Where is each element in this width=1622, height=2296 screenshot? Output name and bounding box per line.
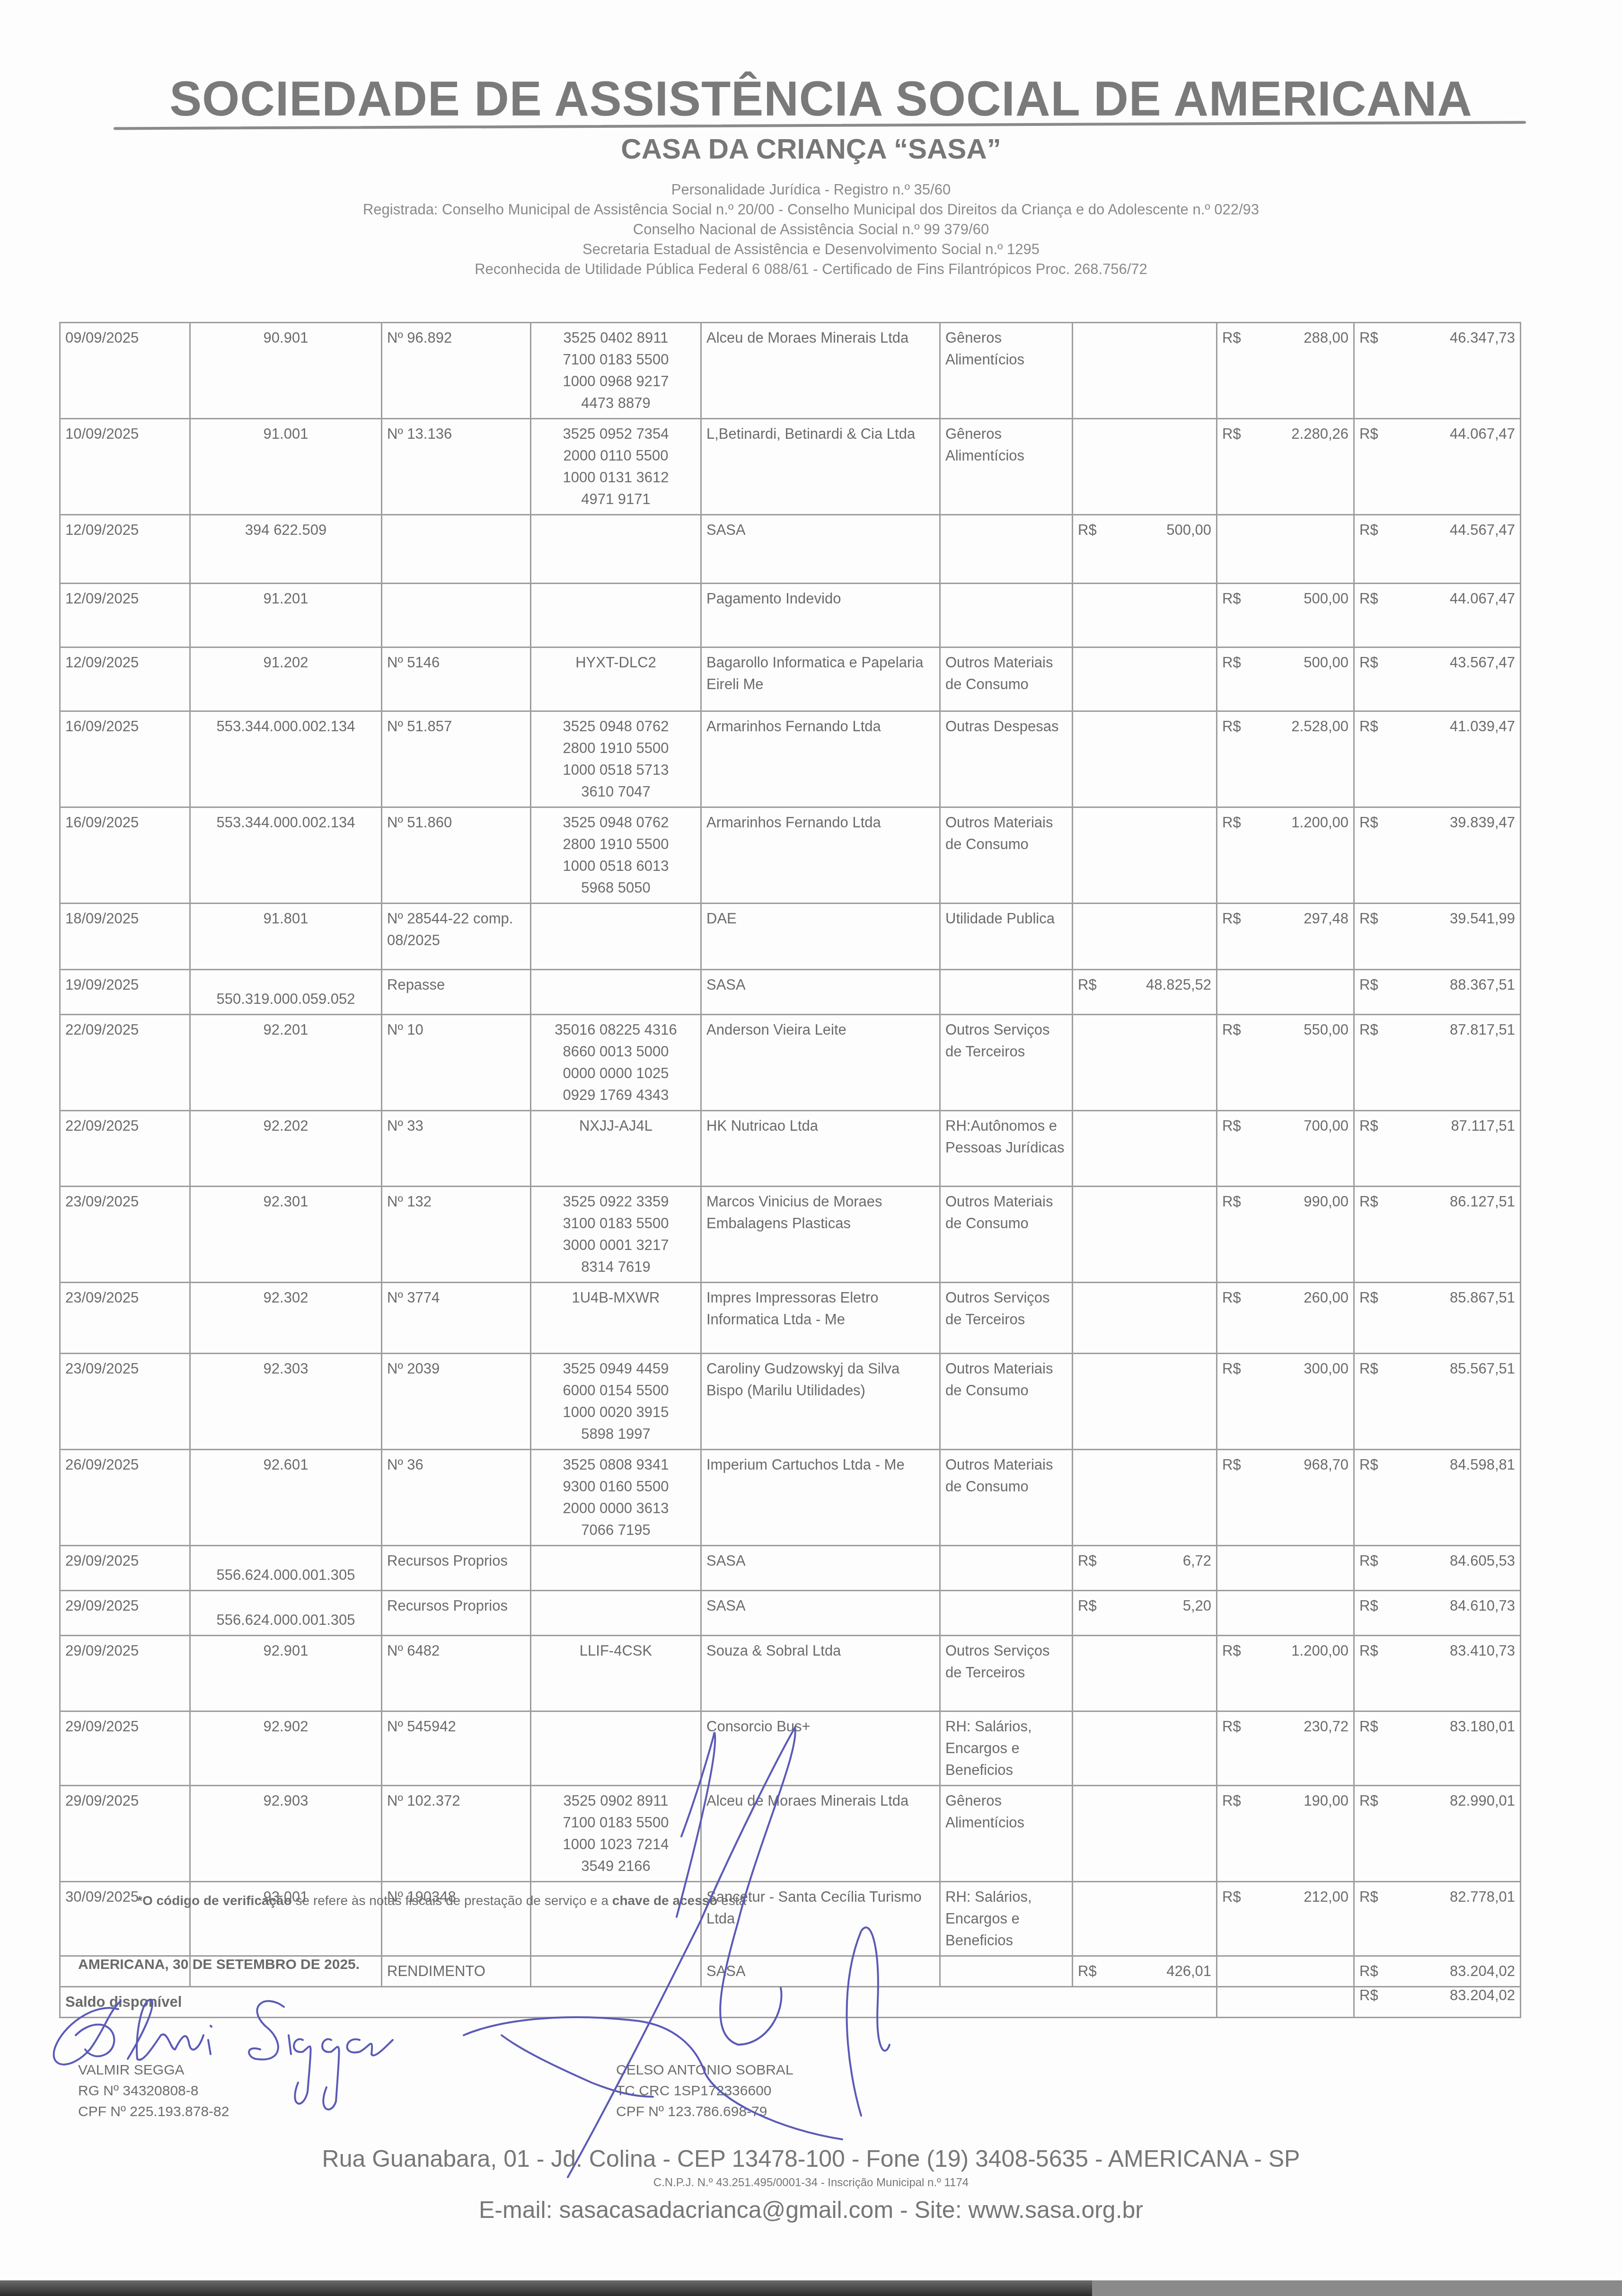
organization-subtitle: CASA DA CRIANÇA “SASA” — [0, 133, 1622, 165]
amount: 190,00 — [1304, 1790, 1349, 1812]
row-category: Gêneros Alimentícios — [940, 1786, 1073, 1882]
access-key-line: 3525 0402 8911 — [536, 327, 696, 349]
row-document-number: 92.902 — [190, 1711, 382, 1786]
row-balance: R$87.117,51 — [1354, 1111, 1521, 1187]
row-document-number: 92.301 — [190, 1187, 382, 1283]
row-date: 12/09/2025 — [60, 647, 190, 711]
currency-symbol: R$ — [1222, 327, 1241, 349]
access-key-line: 6000 0154 5500 — [536, 1380, 696, 1401]
row-balance: R$39.541,99 — [1354, 904, 1521, 970]
row-vendor: Caroliny Gudzowskyj da Silva Bispo (Mari… — [701, 1354, 940, 1450]
saldo-row: Saldo disponívelR$83.204,02 — [60, 1987, 1521, 2018]
row-invoice-number: Nº 51.857 — [382, 711, 531, 807]
amount: 230,72 — [1304, 1716, 1349, 1738]
row-category — [940, 584, 1073, 647]
row-vendor: Marcos Vinicius de Moraes Embalagens Pla… — [701, 1187, 940, 1283]
row-debit — [1217, 1546, 1354, 1591]
row-date: 22/09/2025 — [60, 1015, 190, 1111]
row-date: 23/09/2025 — [60, 1354, 190, 1450]
row-credit — [1073, 584, 1217, 647]
row-access-key: 3525 0948 07622800 1910 55001000 0518 57… — [531, 711, 701, 807]
row-document-number: 92.201 — [190, 1015, 382, 1111]
amount: 6,72 — [1183, 1550, 1211, 1572]
access-key-line: 5968 5050 — [536, 877, 696, 899]
currency-symbol: R$ — [1359, 1790, 1378, 1812]
row-vendor: DAE — [701, 904, 940, 970]
amount: 44.067,47 — [1450, 423, 1515, 445]
row-credit — [1073, 419, 1217, 515]
currency-symbol: R$ — [1222, 1287, 1241, 1309]
row-vendor: SASA — [701, 1956, 940, 1987]
row-credit: R$500,00 — [1073, 515, 1217, 584]
row-date: 12/09/2025 — [60, 515, 190, 584]
amount: 550,00 — [1304, 1019, 1349, 1041]
row-date: 29/09/2025 — [60, 1711, 190, 1786]
row-category: Outras Despesas — [940, 711, 1073, 807]
row-date: 29/09/2025 — [60, 1786, 190, 1882]
row-balance: R$83.410,73 — [1354, 1636, 1521, 1711]
row-invoice-number: Nº 33 — [382, 1111, 531, 1187]
row-invoice-number: Nº 3774 — [382, 1283, 531, 1354]
row-debit: R$550,00 — [1217, 1015, 1354, 1111]
row-document-number: 394 622.509 — [190, 515, 382, 584]
table-row: 12/09/202591.202Nº 5146HYXT-DLC2Bagaroll… — [60, 647, 1521, 711]
saldo-debit-empty — [1217, 1987, 1354, 2018]
currency-symbol: R$ — [1359, 1019, 1378, 1041]
row-access-key: 1U4B-MXWR — [531, 1283, 701, 1354]
row-document-number: 553.344.000.002.134 — [190, 711, 382, 807]
row-date: 12/09/2025 — [60, 584, 190, 647]
row-vendor: Armarinhos Fernando Ltda — [701, 807, 940, 904]
row-document-number: 556.624.000.001.305 — [190, 1591, 382, 1636]
row-date: 18/09/2025 — [60, 904, 190, 970]
row-balance: R$85.867,51 — [1354, 1283, 1521, 1354]
currency-symbol: R$ — [1222, 1191, 1241, 1213]
row-credit — [1073, 1882, 1217, 1956]
row-credit — [1073, 1636, 1217, 1711]
amount: 85.567,51 — [1450, 1358, 1515, 1380]
row-debit: R$260,00 — [1217, 1283, 1354, 1354]
row-access-key: 35016 08225 43168660 0013 50000000 0000 … — [531, 1015, 701, 1111]
currency-symbol: R$ — [1078, 1960, 1097, 1982]
access-key-line: 2800 1910 5500 — [536, 833, 696, 855]
organization-name: SOCIEDADE DE ASSISTÊNCIA SOCIAL DE AMERI… — [128, 71, 1514, 127]
amount: 297,48 — [1304, 908, 1349, 930]
access-key-line: 2000 0000 3613 — [536, 1498, 696, 1519]
footer-cnpj: C.N.P.J. N.º 43.251.495/0001-34 - Inscri… — [0, 2176, 1622, 2190]
currency-symbol: R$ — [1359, 519, 1378, 541]
row-debit: R$968,70 — [1217, 1450, 1354, 1546]
row-invoice-number: Nº 10 — [382, 1015, 531, 1111]
row-access-key — [531, 1956, 701, 1987]
currency-symbol: R$ — [1359, 1550, 1378, 1572]
access-key-line: 3525 0952 7354 — [536, 423, 696, 445]
row-invoice-number: Recursos Proprios — [382, 1591, 531, 1636]
row-access-key: 3525 0952 73542000 0110 55001000 0131 36… — [531, 419, 701, 515]
row-category — [940, 1956, 1073, 1987]
access-key-line: 3525 0902 8911 — [536, 1790, 696, 1812]
table-row: 18/09/202591.801Nº 28544-22 comp. 08/202… — [60, 904, 1521, 970]
amount: 87.117,51 — [1451, 1115, 1515, 1137]
row-balance: R$43.567,47 — [1354, 647, 1521, 711]
amount: 85.867,51 — [1450, 1287, 1515, 1309]
currency-symbol: R$ — [1078, 974, 1097, 996]
row-balance: R$46.347,73 — [1354, 323, 1521, 419]
amount: 86.127,51 — [1450, 1191, 1515, 1213]
currency-symbol: R$ — [1222, 1640, 1241, 1662]
row-category — [940, 970, 1073, 1015]
row-credit — [1073, 807, 1217, 904]
access-key-line: 2000 0110 5500 — [536, 445, 696, 467]
amount: 300,00 — [1304, 1358, 1349, 1380]
row-credit — [1073, 1711, 1217, 1786]
row-balance: R$85.567,51 — [1354, 1354, 1521, 1450]
amount: 46.347,73 — [1450, 327, 1515, 349]
signatory-2-crc: TC CRC 1SP172336600 — [616, 2081, 793, 2101]
amount: 426,01 — [1166, 1960, 1211, 1982]
currency-symbol: R$ — [1222, 423, 1241, 445]
access-key-line: 3525 0948 0762 — [536, 716, 696, 737]
footnote-bold: *O código de verificação — [137, 1893, 292, 1908]
row-vendor: Anderson Vieira Leite — [701, 1015, 940, 1111]
row-document-number: 90.901 — [190, 323, 382, 419]
row-invoice-number: Nº 2039 — [382, 1354, 531, 1450]
access-key-line: 35016 08225 4316 — [536, 1019, 696, 1041]
row-debit — [1217, 515, 1354, 584]
amount: 83.410,73 — [1450, 1640, 1515, 1662]
table-row: 12/09/202591.201Pagamento IndevidoR$500,… — [60, 584, 1521, 647]
amount: 700,00 — [1304, 1115, 1349, 1137]
row-document-number: 91.201 — [190, 584, 382, 647]
amount: 5,20 — [1183, 1595, 1211, 1617]
row-debit: R$990,00 — [1217, 1187, 1354, 1283]
row-date: 29/09/2025 — [60, 1636, 190, 1711]
row-credit: R$6,72 — [1073, 1546, 1217, 1591]
currency-symbol: R$ — [1359, 1987, 1378, 2003]
row-debit: R$297,48 — [1217, 904, 1354, 970]
row-balance: R$84.605,53 — [1354, 1546, 1521, 1591]
row-category: Gêneros Alimentícios — [940, 419, 1073, 515]
row-category — [940, 1546, 1073, 1591]
row-credit — [1073, 1187, 1217, 1283]
table-row: 22/09/202592.202Nº 33NXJJ-AJ4LHK Nutrica… — [60, 1111, 1521, 1187]
row-invoice-number — [382, 584, 531, 647]
amount: 990,00 — [1304, 1191, 1349, 1213]
currency-symbol: R$ — [1078, 1550, 1097, 1572]
registration-line: Reconhecida de Utilidade Pública Federal… — [0, 261, 1622, 278]
row-category: Gêneros Alimentícios — [940, 323, 1073, 419]
row-document-number: 92.903 — [190, 1786, 382, 1882]
row-category — [940, 515, 1073, 584]
row-category: Utilidade Publica — [940, 904, 1073, 970]
currency-symbol: R$ — [1359, 588, 1378, 610]
row-invoice-number: RENDIMENTO — [382, 1956, 531, 1987]
ledger-body: 09/09/202590.901Nº 96.8923525 0402 89117… — [60, 323, 1521, 2018]
currency-symbol: R$ — [1222, 812, 1241, 833]
access-key-line: 8314 7619 — [536, 1256, 696, 1278]
row-document-number: 556.624.000.001.305 — [190, 1546, 382, 1591]
amount: 1.200,00 — [1291, 1640, 1349, 1662]
access-key-line: 5898 1997 — [536, 1423, 696, 1445]
row-date: 19/09/2025 — [60, 970, 190, 1015]
row-invoice-number: Nº 13.136 — [382, 419, 531, 515]
row-date: 23/09/2025 — [60, 1187, 190, 1283]
access-key-line: 1000 0518 6013 — [536, 855, 696, 877]
access-key-line: HYXT-DLC2 — [536, 652, 696, 674]
row-debit: R$1.200,00 — [1217, 1636, 1354, 1711]
amount: 82.778,01 — [1450, 1886, 1515, 1908]
currency-symbol: R$ — [1222, 1115, 1241, 1137]
amount: 260,00 — [1304, 1287, 1349, 1309]
currency-symbol: R$ — [1359, 327, 1378, 349]
access-key-line: 9300 0160 5500 — [536, 1476, 696, 1498]
access-key-line: 2800 1910 5500 — [536, 737, 696, 759]
row-balance: R$84.598,81 — [1354, 1450, 1521, 1546]
row-debit: R$212,00 — [1217, 1882, 1354, 1956]
table-row: 23/09/202592.302Nº 37741U4B-MXWRImpres I… — [60, 1283, 1521, 1354]
access-key-line: 1000 0518 5713 — [536, 759, 696, 781]
access-key-line: 3525 0922 3359 — [536, 1191, 696, 1213]
currency-symbol: R$ — [1078, 519, 1097, 541]
row-credit — [1073, 904, 1217, 970]
amount: 2.280,26 — [1291, 423, 1349, 445]
row-debit: R$300,00 — [1217, 1354, 1354, 1450]
access-key-line: 1000 0968 9217 — [536, 371, 696, 392]
currency-symbol: R$ — [1359, 1716, 1378, 1738]
currency-symbol: R$ — [1359, 1960, 1378, 1982]
row-category: Outros Materiais de Consumo — [940, 1450, 1073, 1546]
row-balance: R$44.567,47 — [1354, 515, 1521, 584]
row-balance: R$82.990,01 — [1354, 1786, 1521, 1882]
amount: 44.067,47 — [1450, 588, 1515, 610]
currency-symbol: R$ — [1359, 1640, 1378, 1662]
row-invoice-number: Repasse — [382, 970, 531, 1015]
row-balance: R$87.817,51 — [1354, 1015, 1521, 1111]
currency-symbol: R$ — [1222, 1454, 1241, 1476]
row-document-number: 91.801 — [190, 904, 382, 970]
row-debit: R$2.280,26 — [1217, 419, 1354, 515]
signatory-1-rg: RG Nº 34320808-8 — [78, 2081, 229, 2101]
access-key-line: 7100 0183 5500 — [536, 349, 696, 371]
row-document-number: 553.344.000.002.134 — [190, 807, 382, 904]
row-document-number: 92.601 — [190, 1450, 382, 1546]
access-key-line: 3525 0808 9341 — [536, 1454, 696, 1476]
currency-symbol: R$ — [1222, 1716, 1241, 1738]
currency-symbol: R$ — [1222, 1019, 1241, 1041]
amount: 500,00 — [1304, 652, 1349, 674]
row-invoice-number: Nº 28544-22 comp. 08/2025 — [382, 904, 531, 970]
access-key-line: 0929 1769 4343 — [536, 1084, 696, 1106]
table-row: 16/09/2025553.344.000.002.134Nº 51.85735… — [60, 711, 1521, 807]
row-document-number: 91.202 — [190, 647, 382, 711]
row-document-number: 92.302 — [190, 1283, 382, 1354]
row-credit — [1073, 1111, 1217, 1187]
row-debit: R$190,00 — [1217, 1786, 1354, 1882]
row-document-number: 550.319.000.059.052 — [190, 970, 382, 1015]
row-invoice-number: Nº 6482 — [382, 1636, 531, 1711]
row-date: 22/09/2025 — [60, 1111, 190, 1187]
row-vendor: L,Betinardi, Betinardi & Cia Ltda — [701, 419, 940, 515]
footer-contact: E-mail: sasacasadacrianca@gmail.com - Si… — [0, 2196, 1622, 2224]
row-credit — [1073, 1354, 1217, 1450]
footnote: *O código de verificação se refere às no… — [137, 1893, 746, 1908]
row-access-key: HYXT-DLC2 — [531, 647, 701, 711]
footer-address: Rua Guanabara, 01 - Jd. Colina - CEP 134… — [0, 2145, 1622, 2172]
table-row: 22/09/202592.201Nº 1035016 08225 4316866… — [60, 1015, 1521, 1111]
row-category: RH: Salários, Encargos e Beneficios — [940, 1882, 1073, 1956]
amount: 39.541,99 — [1450, 908, 1515, 930]
currency-symbol: R$ — [1359, 812, 1378, 833]
signatory-2-name: CELSO ANTONIO SOBRAL — [616, 2060, 793, 2081]
row-balance: R$84.610,73 — [1354, 1591, 1521, 1636]
row-invoice-number — [382, 515, 531, 584]
amount: 88.367,51 — [1450, 974, 1515, 996]
signatory-1-cpf: CPF Nº 225.193.878-82 — [78, 2101, 229, 2122]
row-credit: R$48.825,52 — [1073, 970, 1217, 1015]
row-date: 10/09/2025 — [60, 419, 190, 515]
amount: 44.567,47 — [1450, 519, 1515, 541]
amount: 82.990,01 — [1450, 1790, 1515, 1812]
row-access-key: 3525 0922 33593100 0183 55003000 0001 32… — [531, 1187, 701, 1283]
row-credit — [1073, 647, 1217, 711]
row-credit — [1073, 1450, 1217, 1546]
amount: 2.528,00 — [1291, 716, 1349, 737]
footnote-text: se refere às notas fiscais de prestação … — [292, 1893, 612, 1908]
access-key-line: 1000 0131 3612 — [536, 467, 696, 488]
row-date: 16/09/2025 — [60, 711, 190, 807]
access-key-line: NXJJ-AJ4L — [536, 1115, 696, 1137]
amount: 83.180,01 — [1450, 1716, 1515, 1738]
access-key-line: 7100 0183 5500 — [536, 1812, 696, 1834]
row-vendor: Imperium Cartuchos Ltda - Me — [701, 1450, 940, 1546]
row-credit — [1073, 1283, 1217, 1354]
row-debit — [1217, 1956, 1354, 1987]
row-invoice-number: Nº 96.892 — [382, 323, 531, 419]
scan-edge — [0, 2280, 1622, 2296]
currency-symbol: R$ — [1359, 423, 1378, 445]
row-access-key: 3525 0808 93419300 0160 55002000 0000 36… — [531, 1450, 701, 1546]
row-balance: R$44.067,47 — [1354, 584, 1521, 647]
currency-symbol: R$ — [1222, 1886, 1241, 1908]
row-credit — [1073, 1015, 1217, 1111]
row-date: 29/09/2025 — [60, 1546, 190, 1591]
access-key-line: 3000 0001 3217 — [536, 1234, 696, 1256]
row-invoice-number: Nº 132 — [382, 1187, 531, 1283]
table-row: 19/09/2025550.319.000.059.052RepasseSASA… — [60, 970, 1521, 1015]
row-category: RH: Salários, Encargos e Beneficios — [940, 1711, 1073, 1786]
row-access-key — [531, 1711, 701, 1786]
row-invoice-number: Nº 5146 — [382, 647, 531, 711]
row-vendor: Bagarollo Informatica e Papelaria Eireli… — [701, 647, 940, 711]
row-balance: R$83.204,02 — [1354, 1956, 1521, 1987]
row-vendor: Impres Impressoras Eletro Informatica Lt… — [701, 1283, 940, 1354]
access-key-line: 4971 9171 — [536, 488, 696, 510]
row-date: 09/09/2025 — [60, 323, 190, 419]
row-vendor: SASA — [701, 1591, 940, 1636]
saldo-balance: R$83.204,02 — [1354, 1987, 1521, 2018]
row-access-key: 3525 0948 07622800 1910 55001000 0518 60… — [531, 807, 701, 904]
amount: 41.039,47 — [1450, 716, 1515, 737]
row-debit: R$500,00 — [1217, 584, 1354, 647]
row-access-key — [531, 584, 701, 647]
ledger-table: 09/09/202590.901Nº 96.8923525 0402 89117… — [59, 322, 1521, 2018]
access-key-line: 3610 7047 — [536, 781, 696, 803]
row-invoice-number: Nº 545942 — [382, 1711, 531, 1786]
row-document-number: 92.901 — [190, 1636, 382, 1711]
currency-symbol: R$ — [1359, 974, 1378, 996]
registration-line: Secretaria Estadual de Assistência e Des… — [0, 241, 1622, 258]
table-row: 12/09/2025394 622.509SASAR$500,00R$44.56… — [60, 515, 1521, 584]
row-category: Outros Serviços de Terceiros — [940, 1283, 1073, 1354]
row-credit: R$5,20 — [1073, 1591, 1217, 1636]
currency-symbol: R$ — [1359, 652, 1378, 674]
row-date: 29/09/2025 — [60, 1591, 190, 1636]
row-invoice-number: Nº 36 — [382, 1450, 531, 1546]
footnote-tail: está — [717, 1893, 746, 1908]
table-row: 29/09/202592.903Nº 102.3723525 0902 8911… — [60, 1786, 1521, 1882]
city-date: AMERICANA, 30 DE SETEMBRO DE 2025. — [78, 1957, 360, 1973]
row-balance: R$39.839,47 — [1354, 807, 1521, 904]
row-document-number: 91.001 — [190, 419, 382, 515]
amount: 84.605,53 — [1450, 1550, 1515, 1572]
row-category: RH:Autônomos e Pessoas Jurídicas — [940, 1111, 1073, 1187]
access-key-line: 3100 0183 5500 — [536, 1213, 696, 1234]
currency-symbol: R$ — [1359, 716, 1378, 737]
row-balance: R$82.778,01 — [1354, 1882, 1521, 1956]
row-access-key — [531, 1591, 701, 1636]
row-invoice-number: Recursos Proprios — [382, 1546, 531, 1591]
table-row: 29/09/202592.901Nº 6482LLIF-4CSKSouza & … — [60, 1636, 1521, 1711]
access-key-line: 0000 0000 1025 — [536, 1063, 696, 1084]
currency-symbol: R$ — [1222, 1790, 1241, 1812]
signatory-2: CELSO ANTONIO SOBRAL TC CRC 1SP172336600… — [616, 2060, 793, 2122]
amount: 83.204,02 — [1450, 1960, 1515, 1982]
amount: 500,00 — [1166, 519, 1211, 541]
access-key-line: 3549 2166 — [536, 1855, 696, 1877]
currency-symbol: R$ — [1359, 1191, 1378, 1213]
row-document-number: 92.303 — [190, 1354, 382, 1450]
row-access-key — [531, 1546, 701, 1591]
amount: 288,00 — [1304, 327, 1349, 349]
row-vendor: SASA — [701, 1546, 940, 1591]
row-document-number: 92.202 — [190, 1111, 382, 1187]
currency-symbol: R$ — [1359, 1454, 1378, 1476]
row-access-key: 3525 0902 89117100 0183 55001000 1023 72… — [531, 1786, 701, 1882]
row-debit: R$500,00 — [1217, 647, 1354, 711]
amount: 48.825,52 — [1146, 974, 1211, 996]
signatory-2-cpf: CPF Nº 123.786.698-79 — [616, 2101, 793, 2122]
row-invoice-number: Nº 102.372 — [382, 1786, 531, 1882]
row-debit — [1217, 1591, 1354, 1636]
row-date: 16/09/2025 — [60, 807, 190, 904]
row-invoice-number: Nº 51.860 — [382, 807, 531, 904]
amount: 84.598,81 — [1450, 1454, 1515, 1476]
currency-symbol: R$ — [1222, 908, 1241, 930]
row-debit: R$288,00 — [1217, 323, 1354, 419]
row-access-key: LLIF-4CSK — [531, 1636, 701, 1711]
currency-symbol: R$ — [1359, 1287, 1378, 1309]
row-access-key — [531, 515, 701, 584]
row-access-key: 3525 0402 89117100 0183 55001000 0968 92… — [531, 323, 701, 419]
registration-line: Personalidade Jurídica - Registro n.º 35… — [0, 181, 1622, 198]
row-vendor: SASA — [701, 970, 940, 1015]
table-row: 29/09/2025556.624.000.001.305Recursos Pr… — [60, 1591, 1521, 1636]
access-key-line: 8660 0013 5000 — [536, 1041, 696, 1063]
amount: 87.817,51 — [1450, 1019, 1515, 1041]
currency-symbol: R$ — [1222, 1358, 1241, 1380]
table-row: 29/09/202592.902Nº 545942Consorcio Bus+R… — [60, 1711, 1521, 1786]
table-row: 23/09/202592.303Nº 20393525 0949 4459600… — [60, 1354, 1521, 1450]
